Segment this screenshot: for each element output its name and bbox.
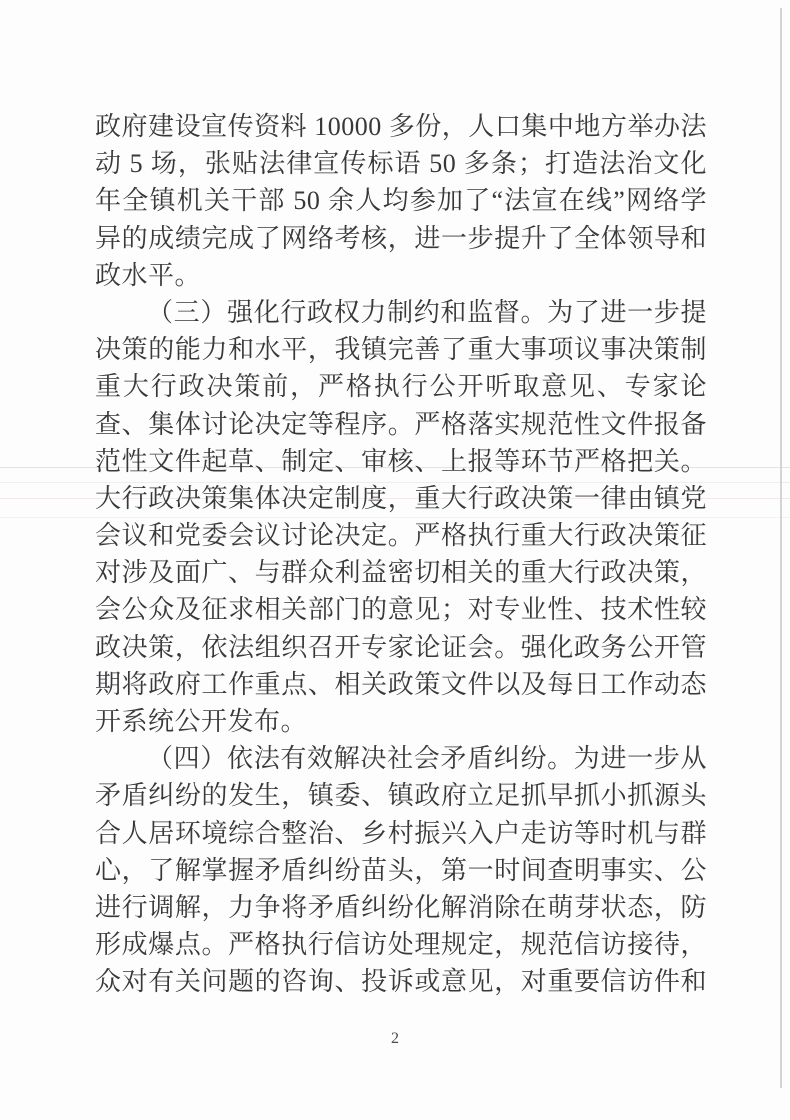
- text-line: 矛盾纠纷的发生，镇委、镇政府立足抓早抓小抓源头的原则，结: [95, 777, 707, 814]
- text-line: 范性文件起草、制定、审核、上报等环节严格把关。严格执行重: [95, 443, 707, 480]
- text-line: 形成爆点。严格执行信访处理规定，规范信访接待，及时回应群: [95, 926, 707, 963]
- text-line: 众对有关问题的咨询、投诉或意见，对重要信访件和群众反映的: [95, 963, 707, 1000]
- text-line: 心，了解掌握矛盾纠纷苗头，第一时间查明事实、公平公正公开: [95, 852, 707, 889]
- text-line: 政决策，依法组织召开专家论证会。强化政务公开管理，我镇定: [95, 629, 707, 666]
- text-line: 异的成绩完成了网络考核，进一步提升了全体领导和干部依法行: [95, 220, 707, 257]
- text-line: 政府建设宣传资料 10000 多份，人口集中地方举办法律咨询日活: [95, 108, 707, 145]
- text-line: 重大行政决策前，严格执行公开听取意见、专家论证、合法性审: [95, 368, 707, 405]
- text-line: 合人居环境综合整治、乡村振兴入户走访等时机与群众面对面谈: [95, 815, 707, 852]
- text-line: 期将政府工作重点、相关政策文件以及每日工作动态通过信息公: [95, 666, 707, 703]
- text-line: 会议和党委会议讨论决定。严格执行重大行政决策征求意见制度，: [95, 517, 707, 554]
- document-body: 政府建设宣传资料 10000 多份，人口集中地方举办法律咨询日活 动 5 场，张…: [95, 108, 707, 1001]
- text-line: 年全镇机关干部 50 余人均参加了“法宣在线”网络学法，并以优: [95, 182, 707, 219]
- text-line: 决策的能力和水平，我镇完善了重大事项议事决策制度，在作出: [95, 331, 707, 368]
- text-line: 动 5 场，张贴法律宣传标语 50 多条；打造法治文化广场 2 个；今: [95, 145, 707, 182]
- text-line: 进行调解，力争将矛盾纠纷化解消除在萌芽状态，防止矛盾激化、: [95, 889, 707, 926]
- text-line: 开系统公开发布。: [95, 703, 707, 740]
- page-number: 2: [0, 1030, 790, 1048]
- text-line: （四）依法有效解决社会矛盾纠纷。为进一步从源头上减少: [95, 740, 707, 777]
- scanned-page: 政府建设宣传资料 10000 多份，人口集中地方举办法律咨询日活 动 5 场，张…: [0, 0, 790, 1120]
- text-line: 政水平。: [95, 257, 707, 294]
- text-line: 大行政决策集体决定制度，重大行政决策一律由镇党政领导班子: [95, 480, 707, 517]
- text-line: 对涉及面广、与群众利益密切相关的重大行政决策，认真听取社: [95, 554, 707, 591]
- text-line: 会公众及征求相关部门的意见；对专业性、技术性较强的重大行: [95, 591, 707, 628]
- text-line: 查、集体讨论决定等程序。严格落实规范性文件报备制度，在规: [95, 406, 707, 443]
- page-edge-line: [780, 8, 782, 1088]
- text-line: （三）强化行政权力制约和监督。为了进一步提高科学民主: [95, 294, 707, 331]
